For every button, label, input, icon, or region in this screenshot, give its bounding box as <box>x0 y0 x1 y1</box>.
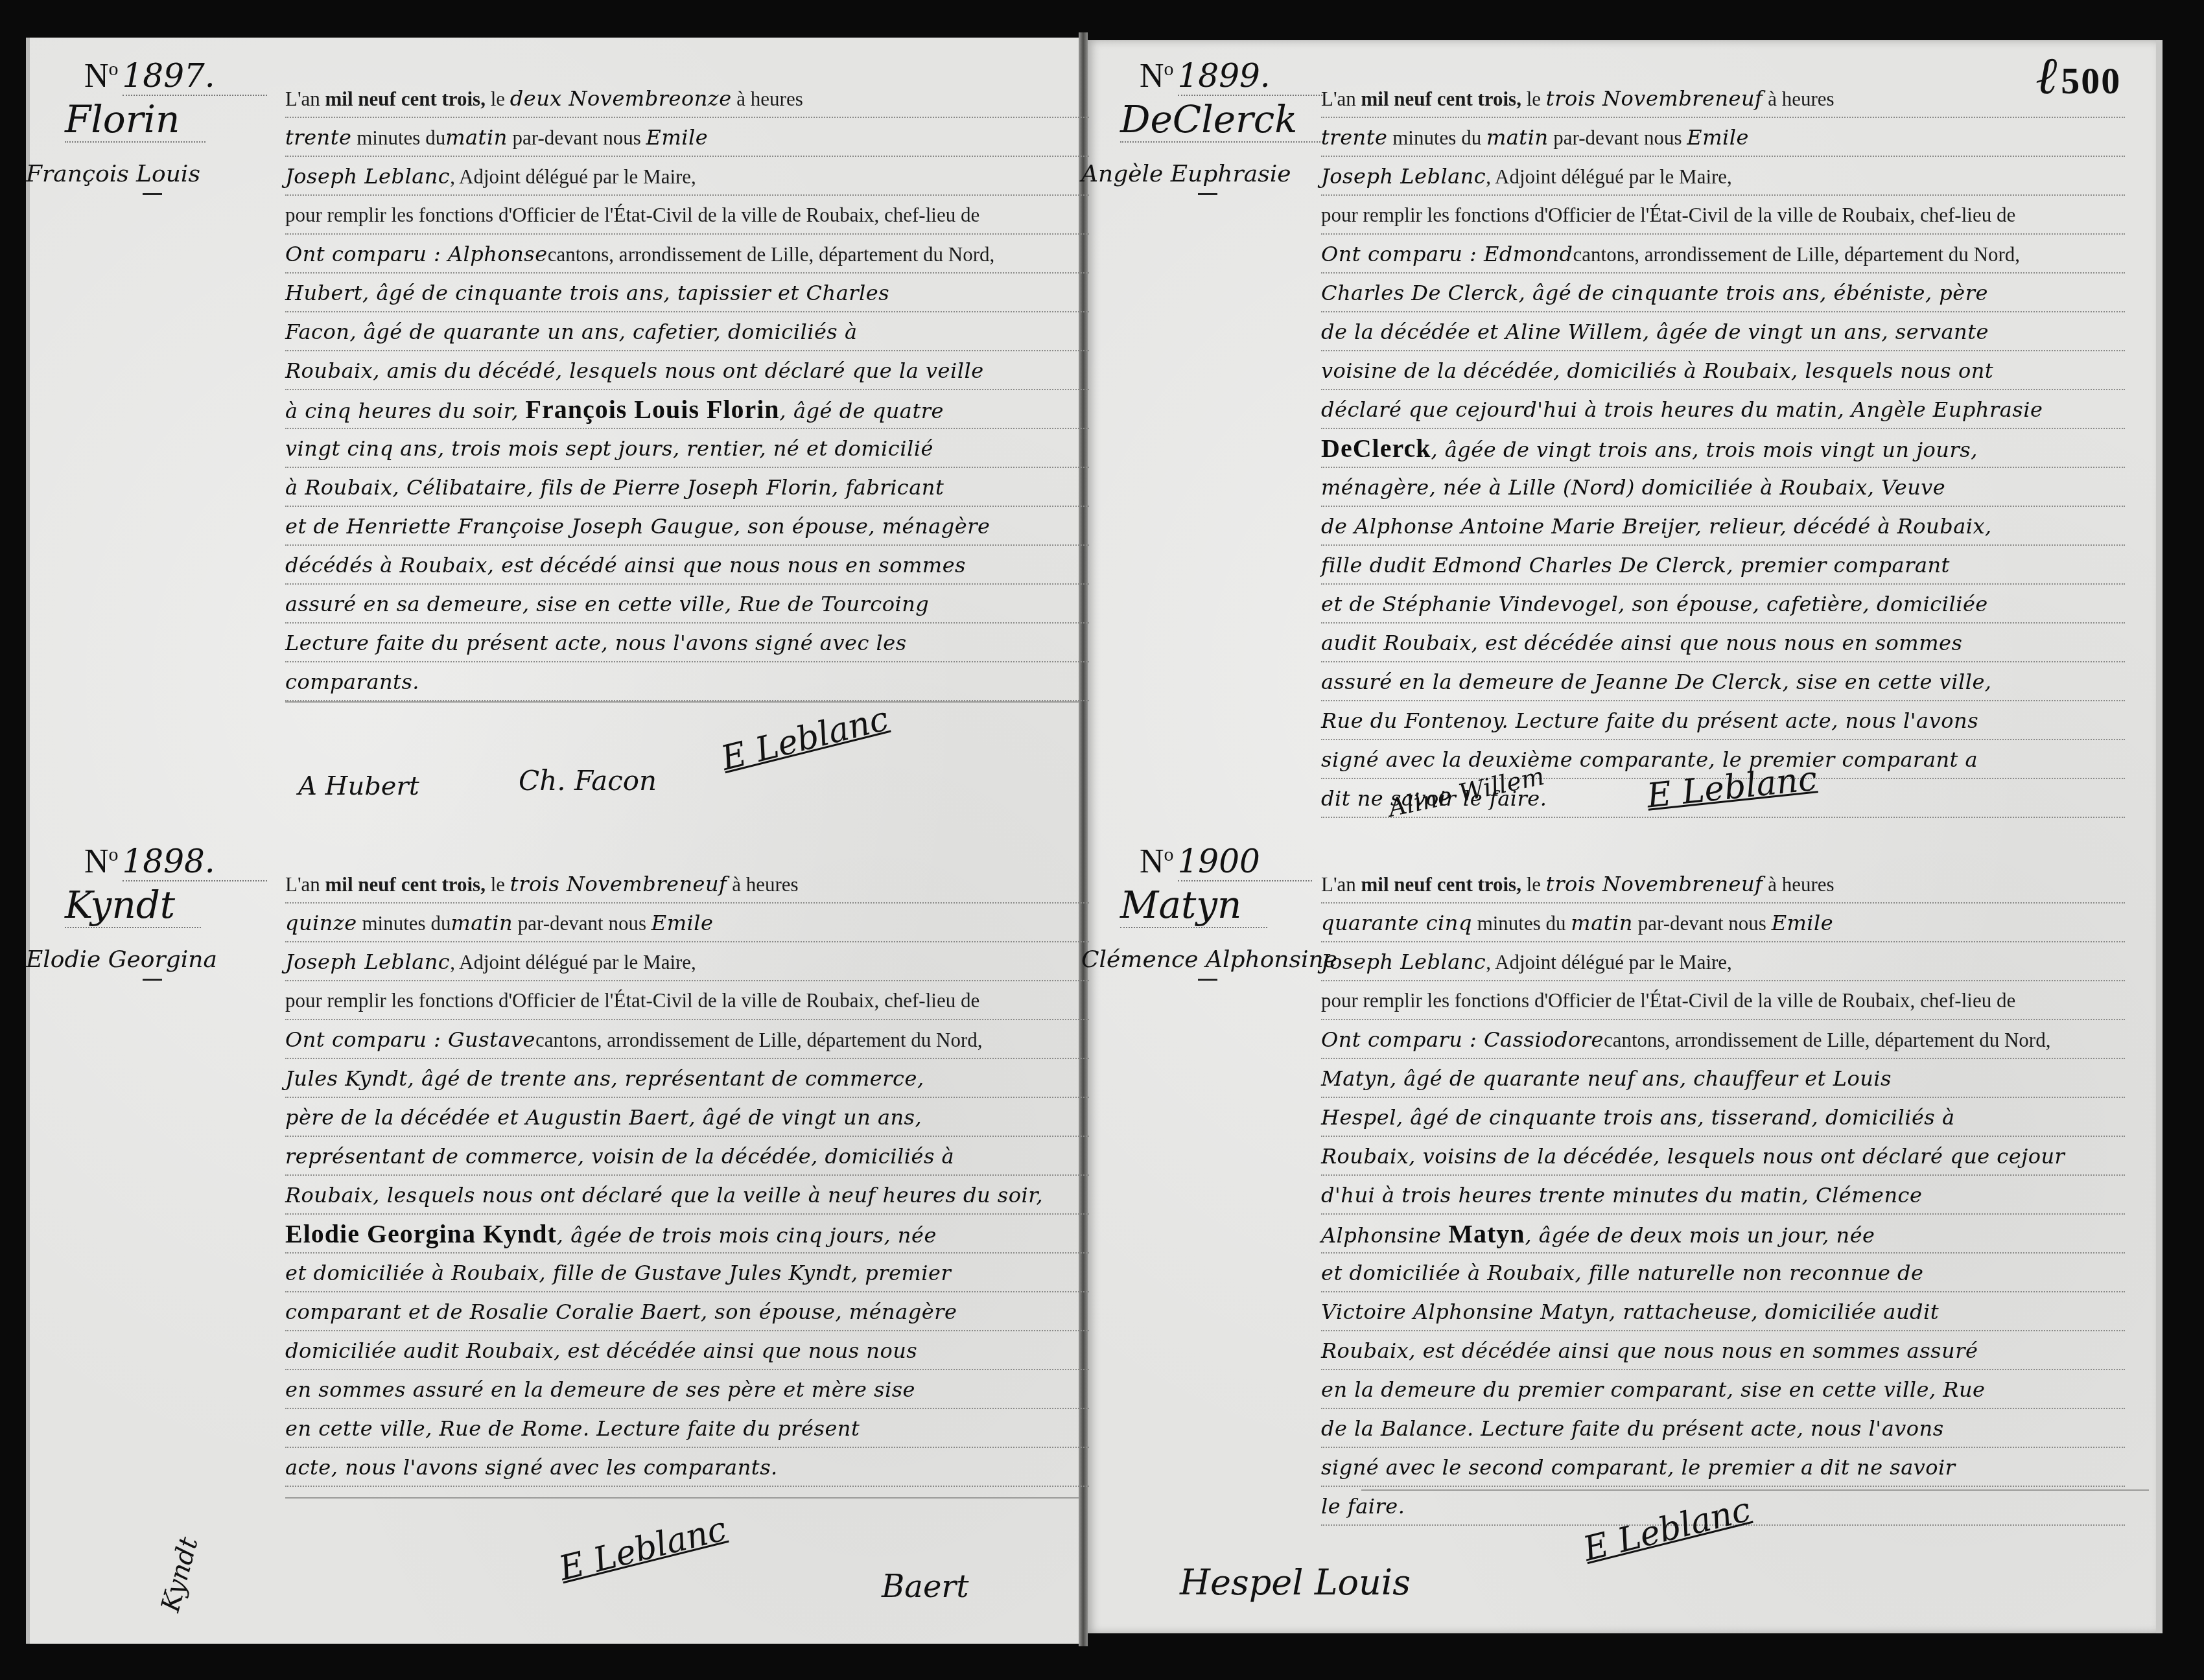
handwritten-text: assuré en sa demeure, sise en cette vill… <box>285 592 929 616</box>
handwritten-text: en cette ville, Rue de Rome. Lecture fai… <box>285 1416 860 1441</box>
text-line: en cette ville, Rue de Rome. Lecture fai… <box>285 1409 1089 1448</box>
text-line: Ont comparu : Cassiodorecantons, arrondi… <box>1321 1020 2125 1059</box>
record-number: No1897. <box>84 57 267 95</box>
handwritten-text: matin <box>445 125 508 150</box>
handwritten-text: Victoire Alphonsine Matyn, rattacheuse, … <box>1321 1300 1939 1324</box>
text-line: Jules Kyndt, âgé de trente ans, représen… <box>285 1059 1089 1098</box>
text-line: audit Roubaix, est décédée ainsi que nou… <box>1321 624 2125 662</box>
handwritten-text: Roubaix, lesquels nous ont déclaré que l… <box>285 1183 1043 1207</box>
text-line: Hubert, âgé de cinquante trois ans, tapi… <box>285 274 1089 312</box>
text-line: en la demeure du premier comparant, sise… <box>1321 1370 2125 1409</box>
text-line: Joseph Leblanc, Adjoint délégué par le M… <box>1321 942 2125 981</box>
printed-text: L'an <box>285 87 325 110</box>
number-value: 1897. <box>123 57 267 96</box>
printed-text: heures <box>751 87 803 110</box>
text-line: trente minutes du matin par-devant nous … <box>1321 118 2125 157</box>
handwritten-text: domiciliée audit Roubaix, est décédée ai… <box>285 1338 917 1363</box>
printed-text: , Adjoint délégué par le Maire, <box>1486 165 1732 188</box>
number-value: 1898. <box>123 843 267 881</box>
text-line: pour remplir les fonctions d'Officier de… <box>285 981 1089 1020</box>
number-label: No <box>1140 843 1174 880</box>
printed-text: cantons, arrondissement de Lille, départ… <box>1573 243 2021 266</box>
handwritten-text: neuf <box>1715 86 1763 111</box>
printed-text: à <box>1763 873 1781 896</box>
text-line: à cinq heures du soir, François Louis Fl… <box>285 390 1089 429</box>
printed-text: à <box>732 87 751 110</box>
text-line: pour remplir les fonctions d'Officier de… <box>285 196 1089 235</box>
handwritten-text: et domiciliée à Roubaix, fille de Gustav… <box>285 1261 951 1285</box>
printed-text: pour remplir les fonctions d'Officier de… <box>1321 989 2015 1012</box>
text-line: quinze minutes dumatin par-devant nous E… <box>285 904 1089 942</box>
text-line: Ont comparu : Edmondcantons, arrondissem… <box>1321 235 2125 274</box>
number-value: 1899. <box>1178 57 1322 96</box>
text-line: Elodie Georgina Kyndt, âgée de trois moi… <box>285 1215 1089 1254</box>
handwritten-text: Roubaix, voisins de la décédée, lesquels… <box>1321 1144 2065 1169</box>
deceased-surname: Matyn <box>1120 883 1267 928</box>
printed-text: cantons, arrondissement de Lille, départ… <box>548 243 995 266</box>
text-line: DeClerck, âgée de vingt trois ans, trois… <box>1321 429 2125 468</box>
handwritten-text: Ont comparu : Cassiodore <box>1321 1027 1604 1052</box>
printed-text-bold: mil neuf cent trois, <box>1361 87 1521 110</box>
text-line: Charles De Clerck, âgé de cinquante troi… <box>1321 274 2125 312</box>
handwritten-text: matin <box>1571 911 1633 935</box>
handwritten-text: et domiciliée à Roubaix, fille naturelle… <box>1321 1261 1923 1285</box>
handwritten-text: trois Novembre <box>510 872 679 896</box>
handwritten-text: Emile <box>1772 911 1834 935</box>
text-line: comparants. <box>285 662 1089 701</box>
text-line: Victoire Alphonsine Matyn, rattacheuse, … <box>1321 1292 2125 1331</box>
text-line: Joseph Leblanc, Adjoint délégué par le M… <box>1321 157 2125 196</box>
handwritten-text: le faire. <box>1321 1494 1405 1519</box>
text-line: Roubaix, voisins de la décédée, lesquels… <box>1321 1137 2125 1176</box>
printed-text: le <box>1521 87 1546 110</box>
text-line: L'an mil neuf cent trois, le trois Novem… <box>1321 79 2125 118</box>
handwritten-text: comparants. <box>285 670 419 694</box>
text-line: Facon, âgé de quarante un ans, cafetier,… <box>285 312 1089 351</box>
handwritten-text: trente <box>285 125 352 150</box>
printed-text: pour remplir les fonctions d'Officier de… <box>285 204 979 226</box>
deceased-name-emphasis: Elodie Georgina Kyndt <box>285 1219 557 1248</box>
printed-text: par-devant nous <box>508 126 646 149</box>
deceased-name-emphasis: François Louis Florin <box>525 395 779 424</box>
printed-text: le <box>486 87 510 110</box>
handwritten-text: père de la décédée et Augustin Baert, âg… <box>285 1105 922 1130</box>
text-line: assuré en la demeure de Jeanne De Clerck… <box>1321 662 2125 701</box>
handwritten-text: assuré en la demeure de Jeanne De Clerck… <box>1321 670 1991 694</box>
printed-text: , Adjoint délégué par le Maire, <box>450 951 696 974</box>
signature-witness-baert: Baert <box>882 1569 969 1605</box>
handwritten-text: d'hui à trois heures trente minutes du m… <box>1321 1183 1922 1207</box>
record-number: No1898. <box>84 843 267 881</box>
printed-text: heures <box>1782 87 1835 110</box>
text-line: de la décédée et Aline Willem, âgée de v… <box>1321 312 2125 351</box>
text-line: et de Henriette Françoise Joseph Gaugue,… <box>285 507 1089 546</box>
handwritten-text: vingt cinq ans, trois mois sept jours, r… <box>285 436 933 461</box>
text-line: domiciliée audit Roubaix, est décédée ai… <box>285 1331 1089 1370</box>
deceased-name-emphasis: Matyn <box>1448 1219 1525 1248</box>
printed-text: L'an <box>285 873 325 896</box>
text-line: représentant de commerce, voisin de la d… <box>285 1137 1089 1176</box>
handwritten-text: quinze <box>285 911 357 935</box>
margin-dash <box>143 979 162 981</box>
printed-text: cantons, arrondissement de Lille, départ… <box>1604 1029 2051 1051</box>
printed-text: à <box>1763 87 1781 110</box>
handwritten-text: trente <box>1321 125 1388 150</box>
handwritten-text: et de Henriette Françoise Joseph Gaugue,… <box>285 514 990 539</box>
text-line: voisine de la décédée, domiciliés à Roub… <box>1321 351 2125 390</box>
handwritten-text: Rue du Fontenoy. Lecture faite du présen… <box>1321 708 1978 733</box>
text-line: et de Stéphanie Vindevogel, son épouse, … <box>1321 585 2125 624</box>
handwritten-text: matin <box>451 911 513 935</box>
record-body: L'an mil neuf cent trois, le trois Novem… <box>285 865 1089 1487</box>
handwritten-text: Matyn, âgé de quarante neuf ans, chauffe… <box>1321 1066 1892 1091</box>
handwritten-text: signé avec la deuxième comparante, le pr… <box>1321 747 1978 772</box>
text-line: fille dudit Edmond Charles De Clerck, pr… <box>1321 546 2125 585</box>
text-line: ménagère, née à Lille (Nord) domiciliée … <box>1321 468 2125 507</box>
handwritten-text: , âgée de vingt trois ans, trois mois vi… <box>1431 437 1977 462</box>
handwritten-text: représentant de commerce, voisin de la d… <box>285 1144 954 1169</box>
number-label: No <box>1140 58 1174 95</box>
text-line: Ont comparu : Gustavecantons, arrondisse… <box>285 1020 1089 1059</box>
text-line: père de la décédée et Augustin Baert, âg… <box>285 1098 1089 1137</box>
printed-text: L'an <box>1321 873 1361 896</box>
handwritten-text: Emile <box>1687 125 1749 150</box>
handwritten-text: matin <box>1486 125 1549 150</box>
handwritten-text: Joseph Leblanc <box>1321 164 1486 189</box>
record-number: No1900 <box>1140 843 1312 881</box>
printed-text: par-devant nous <box>513 912 651 935</box>
deceased-surname: Kyndt <box>65 883 201 928</box>
signature-witness-1: A Hubert <box>298 771 419 801</box>
handwritten-text: de la décédée et Aline Willem, âgée de v… <box>1321 320 1989 344</box>
text-line: pour remplir les fonctions d'Officier de… <box>1321 196 2125 235</box>
deceased-given-names: François Louis <box>26 161 200 187</box>
margin-dash <box>1198 193 1217 195</box>
record-body: L'an mil neuf cent trois, le trois Novem… <box>1321 865 2125 1526</box>
handwritten-text: Joseph Leblanc <box>285 950 450 974</box>
handwritten-text: neuf <box>1715 872 1763 896</box>
handwritten-text: Emile <box>651 911 714 935</box>
handwritten-text: audit Roubaix, est décédée ainsi que nou… <box>1321 631 1962 655</box>
deceased-name-emphasis: DeClerck <box>1321 434 1431 463</box>
text-line: vingt cinq ans, trois mois sept jours, r… <box>285 429 1089 468</box>
handwritten-text: trois Novembre <box>1546 86 1715 111</box>
handwritten-text: , âgée de trois mois cinq jours, née <box>557 1223 937 1248</box>
handwritten-text: déclaré que cejourd'hui à trois heures d… <box>1321 397 2043 422</box>
text-line: Hespel, âgé de cinquante trois ans, tiss… <box>1321 1098 2125 1137</box>
handwritten-text: fille dudit Edmond Charles De Clerck, pr… <box>1321 553 1950 577</box>
handwritten-text: Ont comparu : Alphonse <box>285 242 548 266</box>
handwritten-text: , âgé de quatre <box>780 399 944 423</box>
printed-text: heures <box>1782 873 1835 896</box>
handwritten-text: Lecture faite du présent acte, nous l'av… <box>285 631 907 655</box>
text-line: signé avec le second comparant, le premi… <box>1321 1448 2125 1487</box>
text-line: L'an mil neuf cent trois, le deux Novemb… <box>285 79 1089 118</box>
printed-text: minutes du <box>352 126 446 149</box>
text-line: Rue du Fontenoy. Lecture faite du présen… <box>1321 701 2125 740</box>
handwritten-text: en sommes assuré en la demeure de ses pè… <box>285 1377 915 1402</box>
deceased-given-names: Clémence Alphonsine <box>1081 946 1337 973</box>
handwritten-text: neuf <box>679 872 727 896</box>
text-line: trente minutes dumatin par-devant nous E… <box>285 118 1089 157</box>
handwritten-text: de Alphonse Antoine Marie Breijer, relie… <box>1321 514 1992 539</box>
deceased-given-names: Elodie Georgina <box>26 946 217 973</box>
handwritten-text: , âgée de deux mois un jour, née <box>1525 1223 1875 1248</box>
printed-text: le <box>1521 873 1546 896</box>
handwritten-text: trois Novembre <box>1546 872 1715 896</box>
printed-text: pour remplir les fonctions d'Officier de… <box>1321 204 2015 226</box>
printed-text: minutes du <box>1388 126 1486 149</box>
text-line: décédés à Roubaix, est décédé ainsi que … <box>285 546 1089 585</box>
handwritten-text: à cinq heures du soir, <box>285 399 525 423</box>
printed-text: , Adjoint délégué par le Maire, <box>1486 951 1732 974</box>
text-line: de Alphonse Antoine Marie Breijer, relie… <box>1321 507 2125 546</box>
handwritten-text: Hespel, âgé de cinquante trois ans, tiss… <box>1321 1105 1955 1130</box>
printed-text: L'an <box>1321 87 1361 110</box>
handwritten-text: acte, nous l'avons signé avec les compar… <box>285 1455 778 1480</box>
record-number: No1899. <box>1140 57 1322 95</box>
handwritten-text: et de Stéphanie Vindevogel, son épouse, … <box>1321 592 1988 616</box>
signature-rule <box>1361 1489 2149 1491</box>
handwritten-text: à Roubaix, Célibataire, fils de Pierre J… <box>285 475 944 500</box>
text-line: L'an mil neuf cent trois, le trois Novem… <box>285 865 1089 904</box>
handwritten-text: ménagère, née à Lille (Nord) domiciliée … <box>1321 475 1945 500</box>
handwritten-text: comparant et de Rosalie Coralie Baert, s… <box>285 1300 957 1324</box>
text-line: acte, nous l'avons signé avec les compar… <box>285 1448 1089 1487</box>
text-line: et domiciliée à Roubaix, fille naturelle… <box>1321 1254 2125 1292</box>
margin-dash <box>143 193 162 195</box>
signature-rule <box>285 1497 1079 1499</box>
printed-text-bold: mil neuf cent trois, <box>325 87 486 110</box>
text-line: déclaré que cejourd'hui à trois heures d… <box>1321 390 2125 429</box>
handwritten-text: quarante cinq <box>1321 911 1472 935</box>
text-line: Roubaix, amis du décédé, lesquels nous o… <box>285 351 1089 390</box>
printed-text: minutes du <box>1472 912 1571 935</box>
text-line: pour remplir les fonctions d'Officier de… <box>1321 981 2125 1020</box>
text-line: Joseph Leblanc, Adjoint délégué par le M… <box>285 942 1089 981</box>
printed-text: , Adjoint délégué par le Maire, <box>450 165 696 188</box>
record-body: L'an mil neuf cent trois, le deux Novemb… <box>285 79 1089 701</box>
handwritten-text: Roubaix, est décédée ainsi que nous nous… <box>1321 1338 1978 1363</box>
handwritten-text: deux Novembre <box>510 86 681 111</box>
number-label: No <box>84 58 119 95</box>
text-line: en sommes assuré en la demeure de ses pè… <box>285 1370 1089 1409</box>
handwritten-text: Hubert, âgé de cinquante trois ans, tapi… <box>285 281 889 305</box>
handwritten-text: Ont comparu : Gustave <box>285 1027 535 1052</box>
handwritten-text: Joseph Leblanc <box>1321 950 1486 974</box>
handwritten-text: Roubaix, amis du décédé, lesquels nous o… <box>285 358 984 383</box>
handwritten-text: décédés à Roubaix, est décédé ainsi que … <box>285 553 966 577</box>
handwritten-text: Jules Kyndt, âgé de trente ans, représen… <box>285 1066 924 1091</box>
text-line: Lecture faite du présent acte, nous l'av… <box>285 624 1089 662</box>
text-line: à Roubaix, Célibataire, fils de Pierre J… <box>285 468 1089 507</box>
signature-rule <box>285 701 1079 703</box>
handwritten-text: Emile <box>646 125 709 150</box>
handwritten-text: Ont comparu : Edmond <box>1321 242 1573 266</box>
handwritten-text: signé avec le second comparant, le premi… <box>1321 1455 1956 1480</box>
handwritten-text: de la Balance. Lecture faite du présent … <box>1321 1416 1944 1441</box>
text-line: Alphonsine Matyn, âgée de deux mois un j… <box>1321 1215 2125 1254</box>
handwritten-text: voisine de la décédée, domiciliés à Roub… <box>1321 358 1993 383</box>
text-line: et domiciliée à Roubaix, fille de Gustav… <box>285 1254 1089 1292</box>
printed-text-bold: mil neuf cent trois, <box>1361 873 1521 896</box>
handwritten-text: Joseph Leblanc <box>285 164 450 189</box>
signature-witness-2: Ch. Facon <box>519 765 657 797</box>
handwritten-text: Facon, âgé de quarante un ans, cafetier,… <box>285 320 857 344</box>
handwritten-text: onze <box>681 86 732 111</box>
number-value: 1900 <box>1178 843 1312 881</box>
printed-text: par-devant nous <box>1633 912 1772 935</box>
printed-text: minutes du <box>357 912 451 935</box>
printed-text: le <box>486 873 510 896</box>
text-line: comparant et de Rosalie Coralie Baert, s… <box>285 1292 1089 1331</box>
handwritten-text: Alphonsine <box>1321 1223 1448 1248</box>
printed-text: heures <box>746 873 799 896</box>
text-line: Roubaix, est décédée ainsi que nous nous… <box>1321 1331 2125 1370</box>
text-line: assuré en sa demeure, sise en cette vill… <box>285 585 1089 624</box>
record-body: L'an mil neuf cent trois, le trois Novem… <box>1321 79 2125 818</box>
number-label: No <box>84 843 119 880</box>
handwritten-text: Charles De Clerck, âgé de cinquante troi… <box>1321 281 1988 305</box>
text-line: d'hui à trois heures trente minutes du m… <box>1321 1176 2125 1215</box>
text-line: Roubaix, lesquels nous ont déclaré que l… <box>285 1176 1089 1215</box>
text-line: quarante cinq minutes du matin par-devan… <box>1321 904 2125 942</box>
text-line: de la Balance. Lecture faite du présent … <box>1321 1409 2125 1448</box>
printed-text: à <box>727 873 745 896</box>
printed-text: pour remplir les fonctions d'Officier de… <box>285 989 979 1012</box>
printed-text: cantons, arrondissement de Lille, départ… <box>535 1029 983 1051</box>
handwritten-text: en la demeure du premier comparant, sise… <box>1321 1377 1985 1402</box>
signature-witness-hespel: Hespel Louis <box>1180 1562 1411 1603</box>
deceased-surname: DeClerck <box>1120 97 1323 143</box>
deceased-given-names: Angèle Euphrasie <box>1081 161 1291 187</box>
printed-text-bold: mil neuf cent trois, <box>325 873 486 896</box>
text-line: Ont comparu : Alphonsecantons, arrondiss… <box>285 235 1089 274</box>
margin-dash <box>1198 979 1217 981</box>
text-line: L'an mil neuf cent trois, le trois Novem… <box>1321 865 2125 904</box>
deceased-surname: Florin <box>65 97 205 143</box>
printed-text: par-devant nous <box>1549 126 1687 149</box>
text-line: Matyn, âgé de quarante neuf ans, chauffe… <box>1321 1059 2125 1098</box>
text-line: Joseph Leblanc, Adjoint délégué par le M… <box>285 157 1089 196</box>
